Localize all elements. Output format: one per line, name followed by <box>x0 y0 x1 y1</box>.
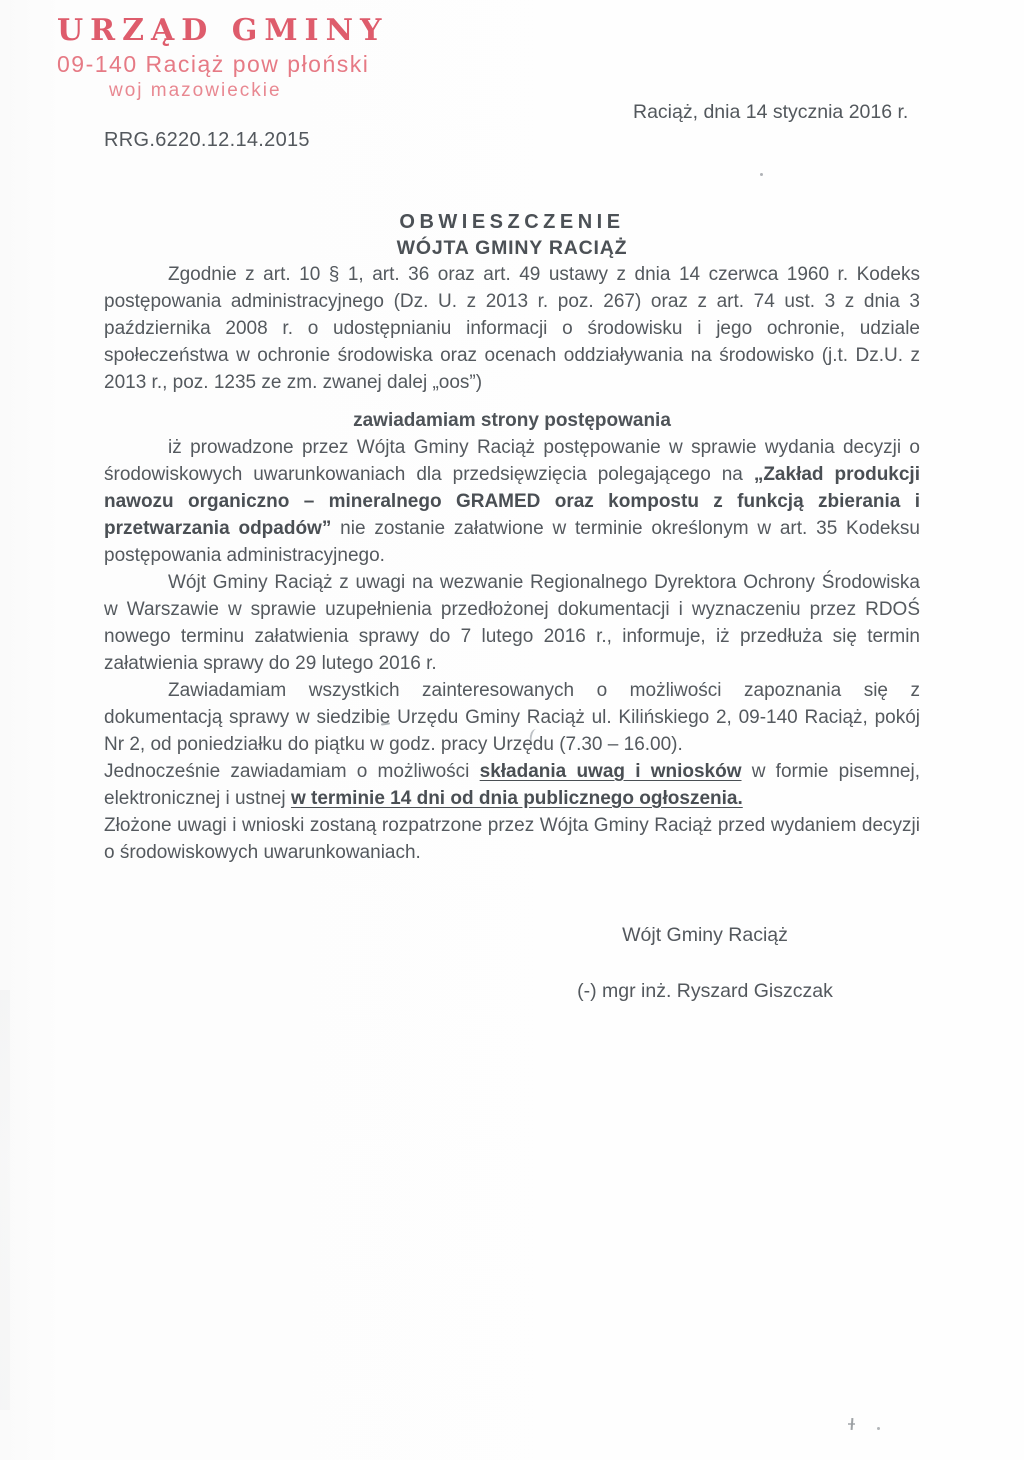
title-announcement: OBWIESZCZENIE <box>104 210 920 235</box>
paragraph-case-status: iż prowadzone przez Wójta Gminy Raciąż p… <box>104 434 920 569</box>
remarks-processing-text: Złożone uwagi i wnioski zostaną rozpatrz… <box>104 815 920 863</box>
signature-name: (-) mgr inż. Ryszard Giszczak <box>500 978 910 1005</box>
remarks-submission-emphasis: składania uwag i wniosków <box>480 761 742 782</box>
title-issuer: WÓJTA GMINY RACIĄŻ <box>104 235 920 261</box>
scan-artifact-bottom-mark <box>851 1418 854 1430</box>
document-body: OBWIESZCZENIE WÓJTA GMINY RACIĄŻ Zgodnie… <box>104 0 920 1005</box>
paragraph-remarks-submission: Jednocześnie zawiadamiam o możliwości sk… <box>104 758 920 812</box>
paragraph-legal-basis-text: Zgodnie z art. 10 § 1, art. 36 oraz art.… <box>104 264 920 393</box>
scanned-document-page: URZĄD GMINY 09-140 Raciąż pow płoński wo… <box>0 0 1024 1460</box>
paragraph-remarks-processing: Złożone uwagi i wnioski zostaną rozpatrz… <box>104 812 920 866</box>
paragraph-legal-basis: Zgodnie z art. 10 § 1, art. 36 oraz art.… <box>104 261 920 396</box>
signature-role: Wójt Gminy Raciąż <box>500 922 910 949</box>
scan-artifact-bottom-dot <box>877 1427 880 1430</box>
paragraph-deadline-extension: Wójt Gminy Raciąż z uwagi na wezwanie Re… <box>104 569 920 677</box>
remarks-text-start: Jednocześnie zawiadamiam o możliwości <box>104 761 480 782</box>
subheading-notification: zawiadamiam strony postępowania <box>104 407 920 434</box>
scan-artifact-edge-smudge <box>0 990 10 1410</box>
deadline-extension-text: Wójt Gminy Raciąż z uwagi na wezwanie Re… <box>104 572 920 674</box>
scan-artifact-bottom-mark <box>848 1423 855 1425</box>
remarks-deadline-emphasis: w terminie 14 dni od dnia publicznego og… <box>291 788 743 809</box>
paragraph-documentation-access: Zawiadamiam wszystkich zainteresowanych … <box>104 677 920 758</box>
documentation-access-text: Zawiadamiam wszystkich zainteresowanych … <box>104 680 920 755</box>
signature-block: Wójt Gminy Raciąż (-) mgr inż. Ryszard G… <box>500 922 910 1005</box>
document-title: OBWIESZCZENIE WÓJTA GMINY RACIĄŻ <box>104 210 920 261</box>
